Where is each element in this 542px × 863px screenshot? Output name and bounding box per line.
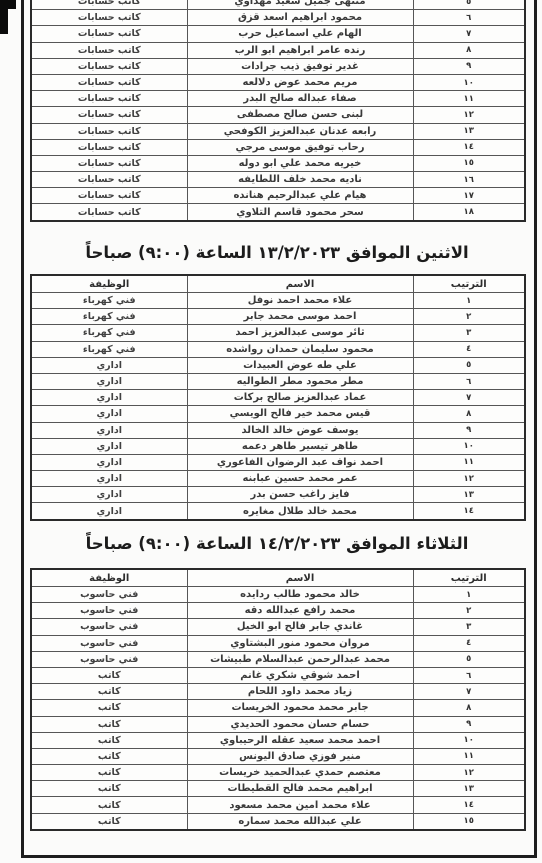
cell-job: اداري [31,454,187,470]
cell-order: ٥ [413,357,525,373]
cell-name: منير فوزي صادق اليونس [187,748,413,764]
cell-job: كاتب حسابات [31,172,187,188]
table-row: ١علاء محمد احمد نوفلفني كهرباء [31,293,525,309]
table-body: ١خالد محمود طالب ردايدهفني حاسوب٢محمد را… [31,587,525,830]
table-row: ١٨سحر محمود قاسم التلاويكاتب حسابات [31,204,525,221]
cell-order: ٦ [413,667,525,683]
cell-job: فني كهرباء [31,309,187,325]
cell-job: فني كهرباء [31,293,187,309]
table-row: ١٢لبنى حسن صالح مصطفىكاتب حسابات [31,107,525,123]
cell-name: سحر محمود قاسم التلاوي [187,204,413,221]
cell-order: ٣ [413,619,525,635]
cell-job: اداري [31,471,187,487]
cell-order: ١٤ [413,797,525,813]
cell-name: عماد عبدالعزيز صالح بركات [187,390,413,406]
cell-job: فني حاسوب [31,587,187,603]
cell-job: فني حاسوب [31,603,187,619]
cell-order: ١٥ [413,813,525,830]
cell-name: حسام حسان محمود الحديدي [187,716,413,732]
cell-order: ٧ [413,26,525,42]
cell-order: ٨ [413,700,525,716]
table-row: ١٢عمر محمد حسين عبابنهاداري [31,471,525,487]
table-row: ٥منتهى جميل سعيد مهداويكاتب حسابات [31,0,525,10]
cell-job: اداري [31,438,187,454]
cell-order: ١٣ [413,123,525,139]
cell-order: ٨ [413,42,525,58]
cell-order: ١٢ [413,107,525,123]
cell-job: كاتب [31,748,187,764]
cell-job: اداري [31,422,187,438]
cell-name: رنده عامر ابراهيم ابو الرب [187,42,413,58]
cell-job: كاتب حسابات [31,139,187,155]
table-row: ١٤محمد خالد طلال مغايرهاداري [31,503,525,520]
table-row: ١٥علي عبدالله محمد سمارهكاتب [31,813,525,830]
schedule-table-tuesday: الترتيب الاسم الوظيفة ١خالد محمود طالب ر… [30,568,526,831]
cell-order: ١٧ [413,188,525,204]
cell-name: محمود ابراهيم اسعد قزق [187,10,413,26]
table-row: ٧الهام علي اسماعيل حربكاتب حسابات [31,26,525,42]
cell-name: محمود سليمان حمدان رواشده [187,341,413,357]
cell-job: كاتب [31,732,187,748]
table-row: ٩يوسف عوض خالد الخالداداري [31,422,525,438]
table-row: ١١صفاء عبداله صالح البدركاتب حسابات [31,91,525,107]
cell-job: كاتب حسابات [31,91,187,107]
cell-job: كاتب حسابات [31,42,187,58]
cell-order: ٧ [413,684,525,700]
header-row: الترتيب الاسم الوظيفة [31,569,525,587]
cell-job: كاتب حسابات [31,123,187,139]
table-row: ١٠طاهر تيسير طاهر دعمهاداري [31,438,525,454]
table-row: ٣غاندي جابر فالح ابو الخيلفني حاسوب [31,619,525,635]
column-header-name: الاسم [187,569,413,587]
table-body: ١علاء محمد احمد نوفلفني كهرباء٢احمد موسى… [31,293,525,520]
schedule-table-continued: ٥منتهى جميل سعيد مهداويكاتب حسابات٦محمود… [30,0,526,222]
cell-job: كاتب [31,765,187,781]
cell-order: ٢ [413,309,525,325]
table-row: ٦محمود ابراهيم اسعد قزقكاتب حسابات [31,10,525,26]
table-row: ٥علي طه عوض العبيداتاداري [31,357,525,373]
cell-order: ١ [413,587,525,603]
cell-name: غدير توفيق ذيب جرادات [187,58,413,74]
cell-order: ٦ [413,373,525,389]
cell-job: فني كهرباء [31,325,187,341]
cell-order: ٥ [413,0,525,10]
cell-name: هيام علي عبدالرحيم هنانده [187,188,413,204]
cell-name: ثائر موسى عبدالعزيز احمد [187,325,413,341]
cell-name: ابراهيم محمد فالح القطيطات [187,781,413,797]
header-row: الترتيب الاسم الوظيفة [31,275,525,293]
cell-order: ١١ [413,91,525,107]
table-row: ١١احمد نواف عبد الرضوان الفاعورياداري [31,454,525,470]
table-row: ٢احمد موسى محمد جابرفني كهرباء [31,309,525,325]
cell-name: خالد محمود طالب ردايده [187,587,413,603]
cell-name: علي طه عوض العبيدات [187,357,413,373]
cell-job: كاتب حسابات [31,204,187,221]
table-row: ٨رنده عامر ابراهيم ابو الربكاتب حسابات [31,42,525,58]
cell-order: ٩ [413,716,525,732]
cell-name: محمد عبدالرحمن عبدالسلام طبيشات [187,651,413,667]
table-row: ١٢معتصم حمدي عبدالحميد خريساتكاتب [31,765,525,781]
cell-job: كاتب [31,716,187,732]
cell-order: ٤ [413,341,525,357]
cell-name: زياد محمد داود اللحام [187,684,413,700]
cell-order: ٦ [413,10,525,26]
cell-job: فني حاسوب [31,619,187,635]
cell-name: لبنى حسن صالح مصطفى [187,107,413,123]
table-row: ٧عماد عبدالعزيز صالح بركاتاداري [31,390,525,406]
cell-order: ١١ [413,748,525,764]
cell-name: جابر محمد محمود الخريسات [187,700,413,716]
scan-artifact-mark [0,0,8,34]
cell-name: مريم محمد عوض دلالعه [187,74,413,90]
section-title-tuesday: الثلاثاء الموافق ١٤/٢/٢٠٢٣ الساعة (٩:٠٠)… [30,534,524,553]
cell-order: ٩ [413,422,525,438]
column-header-order: الترتيب [413,275,525,293]
cell-name: محمد خالد طلال مغايره [187,503,413,520]
cell-job: اداري [31,390,187,406]
table-row: ١٠احمد محمد سعيد عقله الرحيباويكاتب [31,732,525,748]
cell-job: كاتب حسابات [31,188,187,204]
table-row: ١٦ناديه محمد خلف اللطايفهكاتب حسابات [31,172,525,188]
cell-name: مطر محمود مطر الطواليه [187,373,413,389]
cell-order: ١٠ [413,438,525,454]
cell-name: مروان محمود منور البشتاوي [187,635,413,651]
cell-name: رحاب توفيق موسى مرجي [187,139,413,155]
cell-job: كاتب حسابات [31,10,187,26]
cell-job: كاتب حسابات [31,155,187,171]
table-body: ٥منتهى جميل سعيد مهداويكاتب حسابات٦محمود… [31,0,525,221]
document-page: ٥منتهى جميل سعيد مهداويكاتب حسابات٦محمود… [0,0,542,863]
cell-order: ١٨ [413,204,525,221]
table-row: ١١منير فوزي صادق اليونسكاتب [31,748,525,764]
cell-order: ٤ [413,635,525,651]
table-row: ٩حسام حسان محمود الحديديكاتب [31,716,525,732]
cell-name: معتصم حمدي عبدالحميد خريسات [187,765,413,781]
table-row: ١٣رابعه عدنان عبدالعزيز الكوفحيكاتب حساب… [31,123,525,139]
cell-job: كاتب حسابات [31,58,187,74]
cell-job: كاتب [31,684,187,700]
cell-order: ١٤ [413,503,525,520]
cell-job: اداري [31,357,187,373]
cell-name: فايز راغب حسن بدر [187,487,413,503]
table-row: ١٣فايز راغب حسن بدراداري [31,487,525,503]
cell-order: ١٢ [413,765,525,781]
column-header-order: الترتيب [413,569,525,587]
cell-name: خيريه محمد علي ابو دوله [187,155,413,171]
cell-order: ٨ [413,406,525,422]
cell-job: كاتب [31,667,187,683]
cell-order: ١٢ [413,471,525,487]
cell-name: يوسف عوض خالد الخالد [187,422,413,438]
cell-order: ٥ [413,651,525,667]
table-row: ٩غدير توفيق ذيب جراداتكاتب حسابات [31,58,525,74]
cell-job: كاتب حسابات [31,107,187,123]
cell-name: عمر محمد حسين عبابنه [187,471,413,487]
cell-name: الهام علي اسماعيل حرب [187,26,413,42]
cell-name: علاء محمد احمد نوفل [187,293,413,309]
cell-order: ٢ [413,603,525,619]
cell-order: ٩ [413,58,525,74]
table-row: ٦احمد شوقي شكري غانمكاتب [31,667,525,683]
cell-name: محمد رافع عبدالله دقه [187,603,413,619]
table-row: ٦مطر محمود مطر الطواليهاداري [31,373,525,389]
table-row: ١٤رحاب توفيق موسى مرجيكاتب حسابات [31,139,525,155]
cell-order: ٣ [413,325,525,341]
cell-job: كاتب [31,700,187,716]
cell-job: كاتب [31,813,187,830]
cell-name: احمد شوقي شكري غانم [187,667,413,683]
cell-order: ١٠ [413,74,525,90]
table-row: ١خالد محمود طالب ردايدهفني حاسوب [31,587,525,603]
cell-name: رابعه عدنان عبدالعزيز الكوفحي [187,123,413,139]
column-header-job: الوظيفة [31,569,187,587]
cell-order: ١٤ [413,139,525,155]
table-row: ١٠مريم محمد عوض دلالعهكاتب حسابات [31,74,525,90]
cell-job: اداري [31,373,187,389]
cell-name: احمد نواف عبد الرضوان الفاعوري [187,454,413,470]
cell-name: علاء محمد امين محمد مسعود [187,797,413,813]
cell-job: فني حاسوب [31,635,187,651]
cell-job: اداري [31,487,187,503]
table-row: ٨قيس محمد خير فالح الويسياداري [31,406,525,422]
table-row: ٧زياد محمد داود اللحامكاتب [31,684,525,700]
cell-name: غاندي جابر فالح ابو الخيل [187,619,413,635]
cell-order: ١٠ [413,732,525,748]
cell-job: فني كهرباء [31,341,187,357]
cell-name: قيس محمد خير فالح الويسي [187,406,413,422]
cell-name: احمد موسى محمد جابر [187,309,413,325]
cell-order: ١١ [413,454,525,470]
cell-job: كاتب حسابات [31,74,187,90]
cell-job: كاتب حسابات [31,0,187,10]
schedule-table-monday: الترتيب الاسم الوظيفة ١علاء محمد احمد نو… [30,274,526,521]
cell-job: اداري [31,503,187,520]
cell-job: فني حاسوب [31,651,187,667]
table-row: ٤مروان محمود منور البشتاويفني حاسوب [31,635,525,651]
cell-job: كاتب حسابات [31,26,187,42]
cell-job: كاتب [31,781,187,797]
cell-name: منتهى جميل سعيد مهداوي [187,0,413,10]
section-title-monday: الاثنين الموافق ١٣/٢/٢٠٢٣ الساعة (٩:٠٠) … [30,243,524,262]
table-row: ٨جابر محمد محمود الخريساتكاتب [31,700,525,716]
cell-name: صفاء عبداله صالح البدر [187,91,413,107]
cell-job: كاتب [31,797,187,813]
cell-order: ١٥ [413,155,525,171]
cell-name: طاهر تيسير طاهر دعمه [187,438,413,454]
cell-name: احمد محمد سعيد عقله الرحيباوي [187,732,413,748]
cell-job: اداري [31,406,187,422]
cell-order: ١٣ [413,781,525,797]
column-header-name: الاسم [187,275,413,293]
cell-order: ٧ [413,390,525,406]
table-row: ٤محمود سليمان حمدان رواشدهفني كهرباء [31,341,525,357]
cell-order: ١٣ [413,487,525,503]
cell-order: ١ [413,293,525,309]
table-row: ١٣ابراهيم محمد فالح القطيطاتكاتب [31,781,525,797]
cell-order: ١٦ [413,172,525,188]
table-row: ٢محمد رافع عبدالله دقهفني حاسوب [31,603,525,619]
table-row: ١٧هيام علي عبدالرحيم هناندهكاتب حسابات [31,188,525,204]
column-header-job: الوظيفة [31,275,187,293]
table-row: ٣ثائر موسى عبدالعزيز احمدفني كهرباء [31,325,525,341]
cell-name: علي عبدالله محمد سماره [187,813,413,830]
table-row: ١٥خيريه محمد علي ابو دولهكاتب حسابات [31,155,525,171]
table-row: ٥محمد عبدالرحمن عبدالسلام طبيشاتفني حاسو… [31,651,525,667]
table-row: ١٤علاء محمد امين محمد مسعودكاتب [31,797,525,813]
cell-name: ناديه محمد خلف اللطايفه [187,172,413,188]
